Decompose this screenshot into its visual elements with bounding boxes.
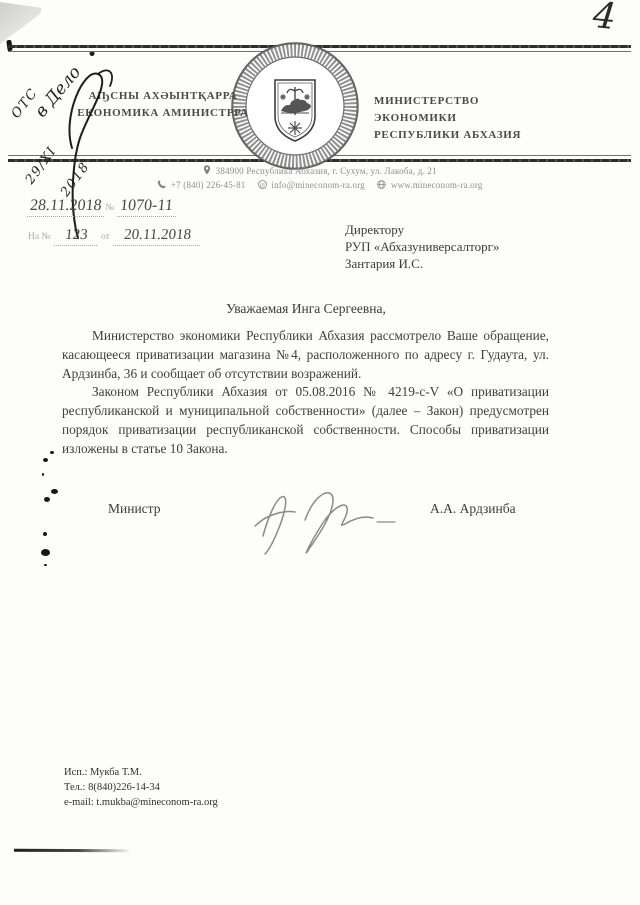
email-at-icon: @ <box>258 180 267 189</box>
ink-dot <box>51 489 58 494</box>
executor-email: e-mail: t.mukba@mineconom-ra.org <box>64 795 218 810</box>
letterhead-phone: +7 (840) 226-45-81 <box>171 180 246 190</box>
handwritten-page-number: 4 <box>591 0 618 38</box>
incoming-reference-row: На № 123 от 20.11.2018 <box>28 226 328 246</box>
body-paragraph-1: Министерство экономики Республики Абхази… <box>62 327 549 383</box>
outgoing-number-handwritten: 1070-11 <box>117 197 178 217</box>
reference-block: 28.11.2018№ 1070-11 На № 123 от 20.11.20… <box>28 197 328 246</box>
letterhead-website: www.mineconom-ra.org <box>391 180 483 190</box>
svg-text:@: @ <box>260 182 265 188</box>
recipient-position: Директору <box>345 221 499 238</box>
executor-name: Исп.: Мукба Т.М. <box>64 765 218 780</box>
ink-dot <box>44 564 47 566</box>
signatory-title: Министр <box>108 501 160 517</box>
executor-phone: Тел.: 8(840)226-14-34 <box>64 780 218 795</box>
location-pin-icon <box>203 165 211 175</box>
incoming-number-label: На № <box>28 232 51 242</box>
ink-dot <box>41 549 50 556</box>
letterhead-email: info@mineconom-ra.org <box>271 180 365 190</box>
incoming-date-handwritten: 20.11.2018 <box>113 227 202 246</box>
minister-signature-script <box>245 474 405 559</box>
letter-body: Министерство экономики Республики Абхази… <box>62 327 549 459</box>
scan-bottom-smudge <box>14 849 132 853</box>
org-ru-line2: РЕСПУБЛИКИ АБХАЗИЯ <box>374 127 564 144</box>
recipient-name: Зантария И.С. <box>345 255 499 272</box>
ink-dot <box>44 497 50 502</box>
ink-dot <box>43 458 48 462</box>
incoming-number-handwritten: 123 <box>54 227 98 246</box>
scanned-letter-page: 4 <box>0 0 640 905</box>
outgoing-date-handwritten: 28.11.2018 <box>27 197 107 217</box>
recipient-block: Директору РУП «Абхазуниверсалторг» Занта… <box>345 221 499 272</box>
signatory-name: А.А. Ардзинба <box>430 501 516 517</box>
recipient-organization: РУП «Абхазуниверсалторг» <box>345 238 499 255</box>
salutation: Уважаемая Инга Сергеевна, <box>0 301 612 317</box>
body-paragraph-2: Законом Республики Абхазия от 05.08.2016… <box>62 383 549 458</box>
ink-dot <box>42 473 44 476</box>
ink-dot <box>43 532 47 536</box>
ink-dot <box>50 451 54 454</box>
letterhead-contacts-line: +7 (840) 226-45-81 @ info@mineconom-ra.o… <box>0 180 640 190</box>
executor-footer: Исп.: Мукба Т.М. Тел.: 8(840)226-14-34 e… <box>64 765 218 811</box>
from-date-label: от <box>101 232 110 242</box>
number-sign-label: № <box>105 203 114 213</box>
outgoing-reference-row: 28.11.2018№ 1070-11 <box>28 197 328 217</box>
letterhead-address: 384900 Республика Абхазия, г. Сухум, ул.… <box>216 166 437 176</box>
globe-icon <box>377 180 386 189</box>
org-ru-line1: МИНИСТЕРСТВО ЭКОНОМИКИ <box>374 93 564 127</box>
org-name-russian: МИНИСТЕРСТВО ЭКОНОМИКИ РЕСПУБЛИКИ АБХАЗИ… <box>374 93 564 144</box>
phone-icon <box>157 180 166 189</box>
letterhead-address-line: 384900 Республика Абхазия, г. Сухум, ул.… <box>0 165 640 176</box>
